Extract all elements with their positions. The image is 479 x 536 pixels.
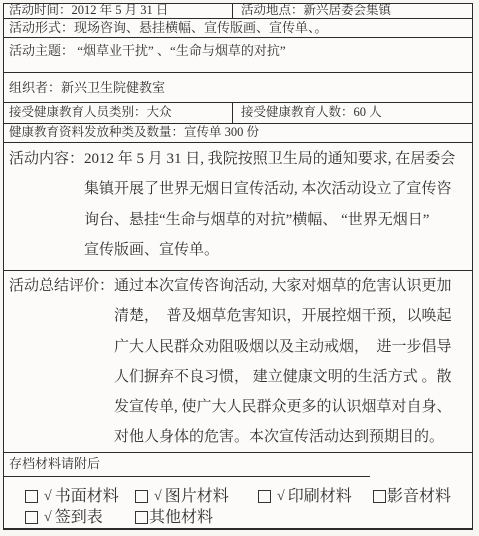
checkbox-icon[interactable]: [25, 490, 38, 503]
checkbox-item-other-material[interactable]: 其他材料: [135, 507, 213, 528]
audience-count-label: 接受健康教育人数：: [241, 105, 354, 119]
audience-count-cell: 接受健康教育人数：60 人: [233, 103, 472, 123]
checkbox-label: 图片材料: [165, 486, 229, 507]
checkmark: √: [39, 507, 55, 528]
content-line: 集镇开展了世界无烟日宣传活动, 本次活动设立了宣传咨: [84, 174, 472, 204]
checkbox-label: 影音材料: [387, 486, 451, 507]
checkbox-item-audiovisual-material[interactable]: 影音材料: [373, 486, 451, 507]
summary-line: 发宣传单, 使广大人民群众更多的认识烟草对自身、: [114, 392, 472, 422]
checkmark: √: [272, 486, 288, 507]
activity-content-text: 2012 年 5 月 31 日, 我院按照卫生局的通知要求, 在居委会 集镇开展…: [84, 144, 472, 266]
row-activity-summary: 活动总结评价： 通过本次宣传咨询活动, 大家对烟草的危害认识更加 清楚， 普及烟…: [4, 271, 472, 453]
activity-time-cell: 活动时间：2012 年 5 月 31 日: [4, 4, 233, 18]
checkbox-label: 书面材料: [55, 486, 119, 507]
summary-line: 对他人身体的危害。本次宣传活动达到预期目的。: [114, 422, 472, 452]
archive-checkbox-area: √书面材料 √图片材料 √印刷材料 影音材料 √签到表 其他材料: [4, 486, 472, 528]
checkbox-item-picture-material[interactable]: √图片材料: [135, 486, 258, 507]
materials-label: 健康教育资料发放种类及数量：: [9, 125, 184, 139]
checkbox-label: 其他材料: [149, 507, 213, 528]
row-activity-theme: 活动主题： “烟草业干扰” 、“生命与烟草的对抗”: [4, 38, 472, 73]
row-time-place: 活动时间：2012 年 5 月 31 日 活动地点：新兴居委会集镇: [4, 4, 472, 19]
checkbox-icon[interactable]: [135, 490, 148, 503]
organizer-value: 新兴卫生院健教室: [61, 80, 165, 95]
checkbox-item-print-material[interactable]: √印刷材料: [258, 486, 373, 507]
activity-record-table: 活动时间：2012 年 5 月 31 日 活动地点：新兴居委会集镇 活动形式：现…: [3, 3, 473, 530]
summary-line: 人们摒弃不良习惯， 建立健康文明的生活方式 。散: [114, 362, 472, 392]
activity-place-cell: 活动地点：新兴居委会集镇: [233, 4, 472, 18]
row-organizer: 组织者：新兴卫生院健教室: [4, 73, 472, 103]
row-activity-content: 活动内容： 2012 年 5 月 31 日, 我院按照卫生局的通知要求, 在居委…: [4, 143, 472, 271]
activity-summary-label: 活动总结评价：: [9, 271, 114, 301]
row-activity-form: 活动形式：现场咨询、悬挂横幅、宣传版画、宣传单、。: [4, 19, 472, 38]
checkbox-icon[interactable]: [135, 511, 148, 524]
activity-form-value: 现场咨询、悬挂横幅、宣传版画、宣传单、。: [74, 20, 328, 35]
row-archive-materials: 存档材料请附后 √书面材料 √图片材料 √印刷材料 影音材料 √签到表 其他材料: [4, 453, 472, 528]
checkbox-label: 印刷材料: [288, 486, 352, 507]
audience-count-value: 60 人: [354, 105, 382, 119]
activity-place-label: 活动地点：: [241, 4, 304, 17]
audience-type-value: 大众: [147, 105, 172, 119]
checkbox-item-signin-sheet[interactable]: √签到表: [25, 507, 135, 528]
content-line: 2012 年 5 月 31 日, 我院按照卫生局的通知要求, 在居委会: [84, 144, 472, 174]
checkmark: √: [39, 486, 55, 507]
checkbox-icon[interactable]: [373, 490, 386, 503]
archive-note-underline: [4, 476, 370, 478]
activity-content-label: 活动内容：: [9, 144, 84, 174]
archive-checkbox-row-1: √书面材料 √图片材料 √印刷材料 影音材料: [25, 486, 472, 507]
checkbox-label: 签到表: [55, 507, 103, 528]
organizer-label: 组织者：: [9, 80, 61, 95]
activity-theme-label: 活动主题：: [9, 43, 74, 58]
row-audience: 接受健康教育人员类别：大众 接受健康教育人数：60 人: [4, 103, 472, 124]
activity-time-label: 活动时间：: [9, 4, 72, 17]
content-line: 宣传版画、宣传单。: [84, 235, 472, 265]
activity-summary-text: 通过本次宣传咨询活动, 大家对烟草的危害认识更加 清楚， 普及烟草危害知识，开展…: [114, 271, 472, 453]
checkbox-icon[interactable]: [25, 511, 38, 524]
summary-line: 清楚， 普及烟草危害知识，开展控烟干预，以唤起: [114, 301, 472, 331]
row-materials: 健康教育资料发放种类及数量：宣传单 300 份: [4, 124, 472, 143]
checkbox-icon[interactable]: [258, 490, 271, 503]
audience-type-label: 接受健康教育人员类别：: [9, 105, 147, 119]
activity-form-label: 活动形式：: [9, 20, 74, 35]
activity-place-value: 新兴居委会集镇: [304, 4, 392, 17]
materials-value: 宣传单 300 份: [184, 125, 259, 139]
checkbox-item-written-material[interactable]: √书面材料: [25, 486, 135, 507]
checkmark: √: [149, 486, 165, 507]
summary-line: 通过本次宣传咨询活动, 大家对烟草的危害认识更加: [114, 271, 472, 301]
archive-checkbox-row-2: √签到表 其他材料: [25, 507, 472, 528]
content-line: 询台、悬挂“生命与烟草的对抗”横幅、 “世界无烟日”: [84, 205, 472, 235]
archive-note: 存档材料请附后: [4, 453, 472, 475]
summary-line: 广大人民群众劝阻吸烟以及主动戒烟， 进一步倡导: [114, 332, 472, 362]
audience-type-cell: 接受健康教育人员类别：大众: [4, 103, 233, 123]
activity-time-value: 2012 年 5 月 31 日: [72, 4, 169, 17]
activity-theme-value: “烟草业干扰” 、“生命与烟草的对抗”: [74, 43, 286, 58]
